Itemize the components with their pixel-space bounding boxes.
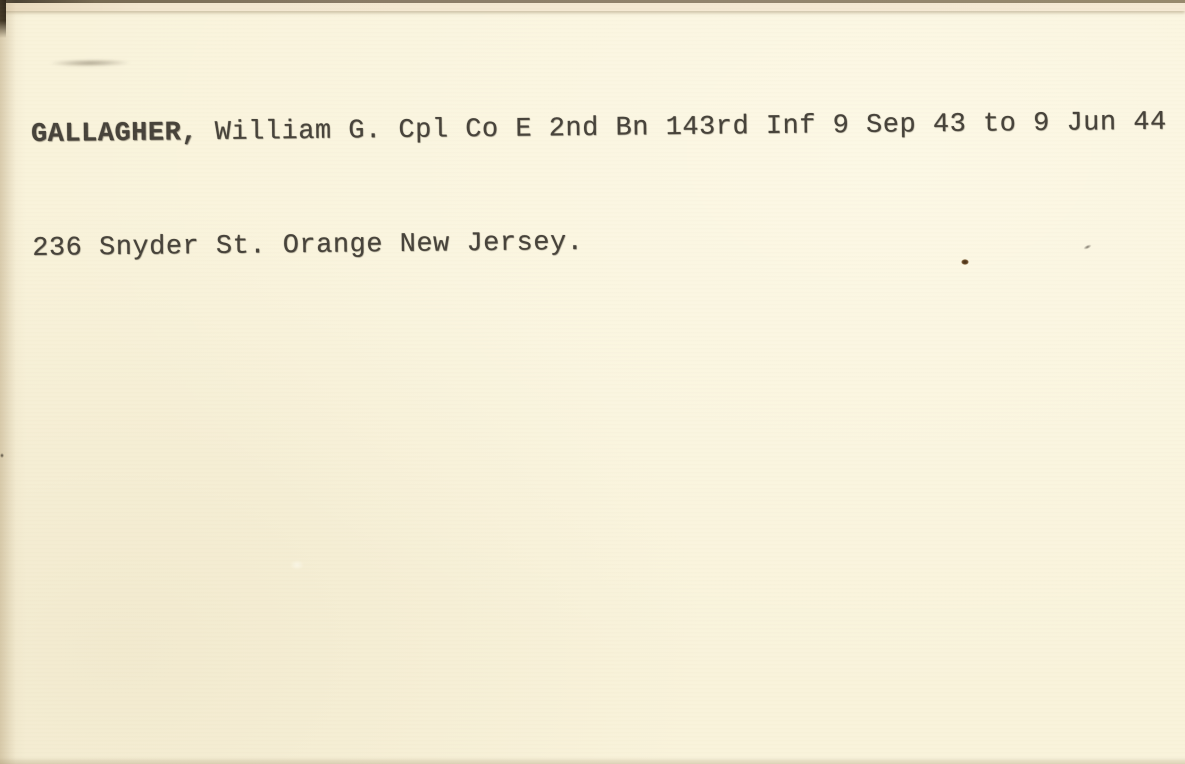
- scan-left-edge-shade: [0, 0, 16, 764]
- paper-faint-light-spot: [290, 560, 304, 570]
- scanned-index-card: GALLAGHER, William G. Cpl Co E 2nd Bn 14…: [0, 0, 1185, 764]
- typewritten-line-service-record: GALLAGHER, William G. Cpl Co E 2nd Bn 14…: [31, 104, 1167, 154]
- scan-top-edge-line: [0, 0, 1185, 3]
- scan-top-edge-band: [0, 2, 1185, 11]
- soldier-surname: GALLAGHER,: [31, 118, 198, 150]
- soldier-service-details: William G. Cpl Co E 2nd Bn 143rd Inf 9 S…: [198, 108, 1167, 148]
- typewritten-text-block: GALLAGHER, William G. Cpl Co E 2nd Bn 14…: [30, 28, 1169, 344]
- typewritten-line-address: 236 Snyder St. Orange New Jersey.: [32, 218, 1168, 268]
- paper-speck-left-edge: [0, 453, 4, 458]
- scan-bottom-edge-shade: [0, 757, 1185, 764]
